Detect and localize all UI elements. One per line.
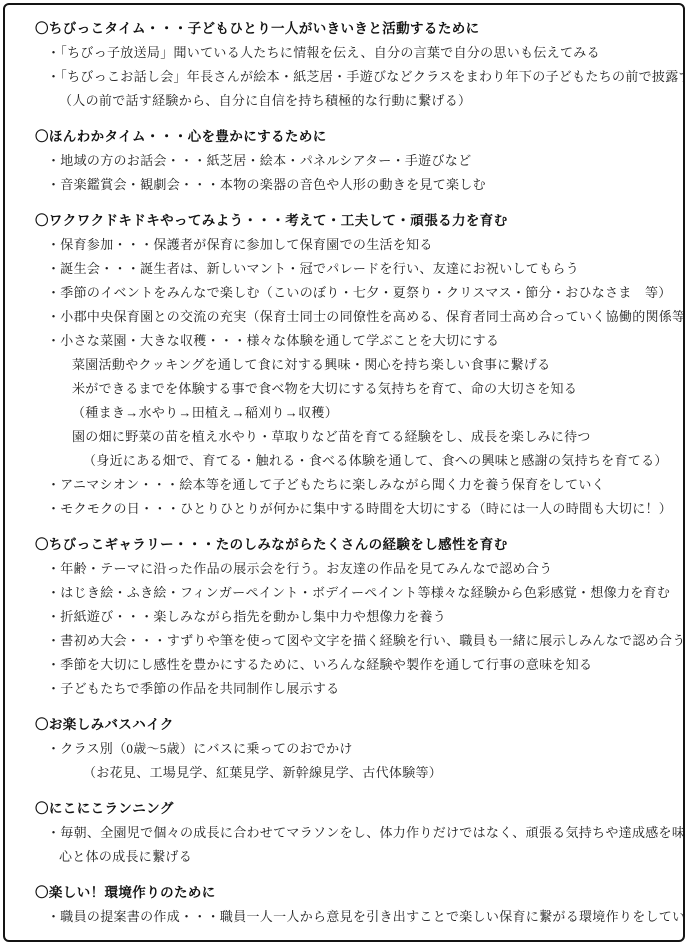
doc-line: ・子どもたちで季節の作品を共同制作し展示する <box>35 677 665 701</box>
section-heading: 〇ちびっこタイム・・・子どもひとり一人がいきいきと活動するために <box>35 17 665 41</box>
doc-line: 米ができるまでを体験する事で食べ物を大切にする気持ちを育て、命の大切さを知る <box>35 377 665 401</box>
section-heading: 〇にこにこランニング <box>35 797 665 821</box>
doc-line: ・小郡中央保育園との交流の充実（保育士同士の同僚性を高める、保育者同士高め合って… <box>35 305 665 329</box>
doc-section: 〇楽しい！環境作りのために・職員の提案書の作成・・・職員一人一人から意見を引き出… <box>35 881 665 929</box>
doc-line: 園の畑に野菜の苗を植え水やり・草取りなど苗を育てる経験をし、成長を楽しみに待つ <box>35 425 665 449</box>
document-body: 〇ちびっこタイム・・・子どもひとり一人がいきいきと活動するために・「ちびっ子放送… <box>35 17 665 929</box>
doc-line: 菜園活動やクッキングを通して食に対する興味・関心を持ち楽しい食事に繋げる <box>35 353 665 377</box>
doc-section: 〇ほんわかタイム・・・心を豊かにするために・地域の方のお話会・・・紙芝居・絵本・… <box>35 125 665 197</box>
doc-line: ・季節を大切にし感性を豊かにするために、いろんな経験や製作を通して行事の意味を知… <box>35 653 665 677</box>
doc-section: 〇お楽しみバスハイク・クラス別（0歳～5歳）にバスに乗ってのおでかけ（お花見、工… <box>35 713 665 785</box>
doc-line: ・誕生会・・・誕生者は、新しいマント・冠でパレードを行い、友達にお祝いしてもらう <box>35 257 665 281</box>
doc-line: ・音楽鑑賞会・観劇会・・・本物の楽器の音色や人形の動きを見て楽しむ <box>35 173 665 197</box>
doc-section: 〇ちびっこギャラリー・・・たのしみながらたくさんの経験をし感性を育む・年齢・テー… <box>35 533 665 701</box>
doc-line: ・アニマシオン・・・絵本等を通して子どもたちに楽しみながら聞く力を養う保育をして… <box>35 473 665 497</box>
section-heading: 〇ほんわかタイム・・・心を豊かにするために <box>35 125 665 149</box>
doc-line: ・職員の提案書の作成・・・職員一人一人から意見を引き出すことで楽しい保育に繋がる… <box>35 905 665 929</box>
section-heading: 〇ちびっこギャラリー・・・たのしみながらたくさんの経験をし感性を育む <box>35 533 665 557</box>
doc-line: 心と体の成長に繋げる <box>35 845 665 869</box>
doc-section: 〇ちびっこタイム・・・子どもひとり一人がいきいきと活動するために・「ちびっ子放送… <box>35 17 665 113</box>
doc-section: 〇ワクワクドキドキやってみよう・・・考えて・工夫して・頑張る力を育む・保育参加・… <box>35 209 665 521</box>
doc-line: ・季節のイベントをみんなで楽しむ（こいのぼり・七夕・夏祭り・クリスマス・節分・お… <box>35 281 665 305</box>
doc-line: ・はじき絵・ふき絵・フィンガーペイント・ボデイーペイント等様々な経験から色彩感覚… <box>35 581 665 605</box>
section-heading: 〇楽しい！環境作りのために <box>35 881 665 905</box>
doc-line: ・書初め大会・・・すずりや筆を使って図や文字を描く経験を行い、職員も一緒に展示し… <box>35 629 665 653</box>
doc-line: （人の前で話す経験から、自分に自信を持ち積極的な行動に繋げる） <box>35 89 665 113</box>
doc-line: （種まき→水やり→田植え→稲刈り→収穫） <box>35 401 665 425</box>
document-page: 〇ちびっこタイム・・・子どもひとり一人がいきいきと活動するために・「ちびっ子放送… <box>3 3 685 942</box>
doc-line: ・「ちびっ子放送局」聞いている人たちに情報を伝え、自分の言葉で自分の思いも伝えて… <box>35 41 665 65</box>
doc-line: ・年齢・テーマに沿った作品の展示会を行う。お友達の作品を見てみんなで認め合う <box>35 557 665 581</box>
doc-line: ・毎朝、全園児で個々の成長に合わせてマラソンをし、体力作りだけではなく、頑張る気… <box>35 821 665 845</box>
doc-line: ・小さな菜園・大きな収穫・・・様々な体験を通して学ぶことを大切にする <box>35 329 665 353</box>
section-heading: 〇ワクワクドキドキやってみよう・・・考えて・工夫して・頑張る力を育む <box>35 209 665 233</box>
doc-line: （身近にある畑で、育てる・触れる・食べる体験を通して、食への興味と感謝の気持ちを… <box>35 449 665 473</box>
section-heading: 〇お楽しみバスハイク <box>35 713 665 737</box>
doc-line: ・地域の方のお話会・・・紙芝居・絵本・パネルシアター・手遊びなど <box>35 149 665 173</box>
doc-line: ・モクモクの日・・・ひとりひとりが何かに集中する時間を大切にする（時には一人の時… <box>35 497 665 521</box>
doc-line: ・クラス別（0歳～5歳）にバスに乗ってのおでかけ <box>35 737 665 761</box>
doc-line: ・折紙遊び・・・楽しみながら指先を動かし集中力や想像力を養う <box>35 605 665 629</box>
doc-section: 〇にこにこランニング・毎朝、全園児で個々の成長に合わせてマラソンをし、体力作りだ… <box>35 797 665 869</box>
doc-line: ・「ちびっこお話し会」年長さんが絵本・紙芝居・手遊びなどクラスをまわり年下の子ど… <box>35 65 665 89</box>
doc-line: （お花見、工場見学、紅葉見学、新幹線見学、古代体験等） <box>35 761 665 785</box>
doc-line: ・保育参加・・・保護者が保育に参加して保育園での生活を知る <box>35 233 665 257</box>
